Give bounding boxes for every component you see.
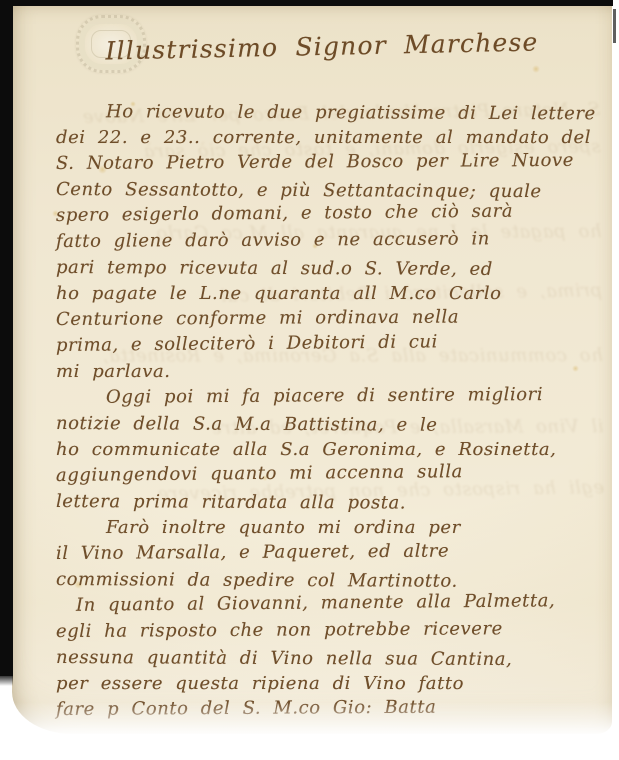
letter-line: mi parlava.: [56, 359, 608, 385]
letter-line: prima, e solleciterò i Debitori di cui: [56, 328, 608, 359]
letter-line: spero esigerlo domani, e tosto che ciò s…: [56, 198, 608, 229]
letter-paper: S. Notaro Pietro Verde del Bosco per Lir…: [12, 5, 612, 734]
letter-line: fatto gliene darò avviso e ne accuserò i…: [56, 226, 608, 255]
scan-frame-top: [0, 0, 613, 6]
letter-line: Ho ricevuto le due pregiatissime di Lei …: [56, 99, 608, 127]
letter-body: Ho ricevuto le due pregiatissime di Lei …: [56, 99, 608, 723]
letter-line: S. Notaro Pietro Verde del Bosco per Lir…: [56, 148, 608, 177]
letter-line: notizie della S.a M.a Battistina, e le: [56, 411, 608, 439]
scanned-letter-photo: { "letter": { "heading": "Illustrissimo …: [0, 0, 619, 760]
letter-heading: Illustrissimo Signor Marchese: [102, 27, 543, 65]
letter-line: In quanto al Giovanni, manente alla Palm…: [56, 588, 608, 619]
letter-line: Oggi poi mi fa piacere di sentire miglio…: [56, 382, 608, 411]
scan-frame-right-edge: [613, 9, 616, 43]
letter-line: per essere questa ripiena di Vino fatto: [56, 671, 608, 697]
letter-line: aggiungendovi quanto mi accenna sulla: [56, 458, 608, 489]
foxing-spot: [532, 65, 540, 73]
letter-line: pari tempo ricevuta al sud.o S. Verde, e…: [56, 255, 608, 283]
letter-line: lettera prima ritardata alla posta.: [56, 489, 608, 517]
letter-line: Farò inoltre quanto mi ordina per: [56, 515, 608, 541]
scan-frame-left: [0, 0, 13, 676]
letter-line: fare p Conto del S. M.co Gio: Batta: [56, 694, 608, 723]
letter-line: egli ha risposto che non potrebbe riceve…: [56, 616, 608, 645]
letter-line: il Vino Marsalla, e Paqueret, ed altre: [56, 538, 608, 567]
letter-line: ho pagate le L.ne quaranta all M.co Carl…: [56, 281, 608, 307]
letter-line: dei 22. e 23.. corrente, unitamente al m…: [56, 125, 608, 151]
letter-line: nessuna quantità di Vino nella sua Canti…: [56, 645, 608, 673]
